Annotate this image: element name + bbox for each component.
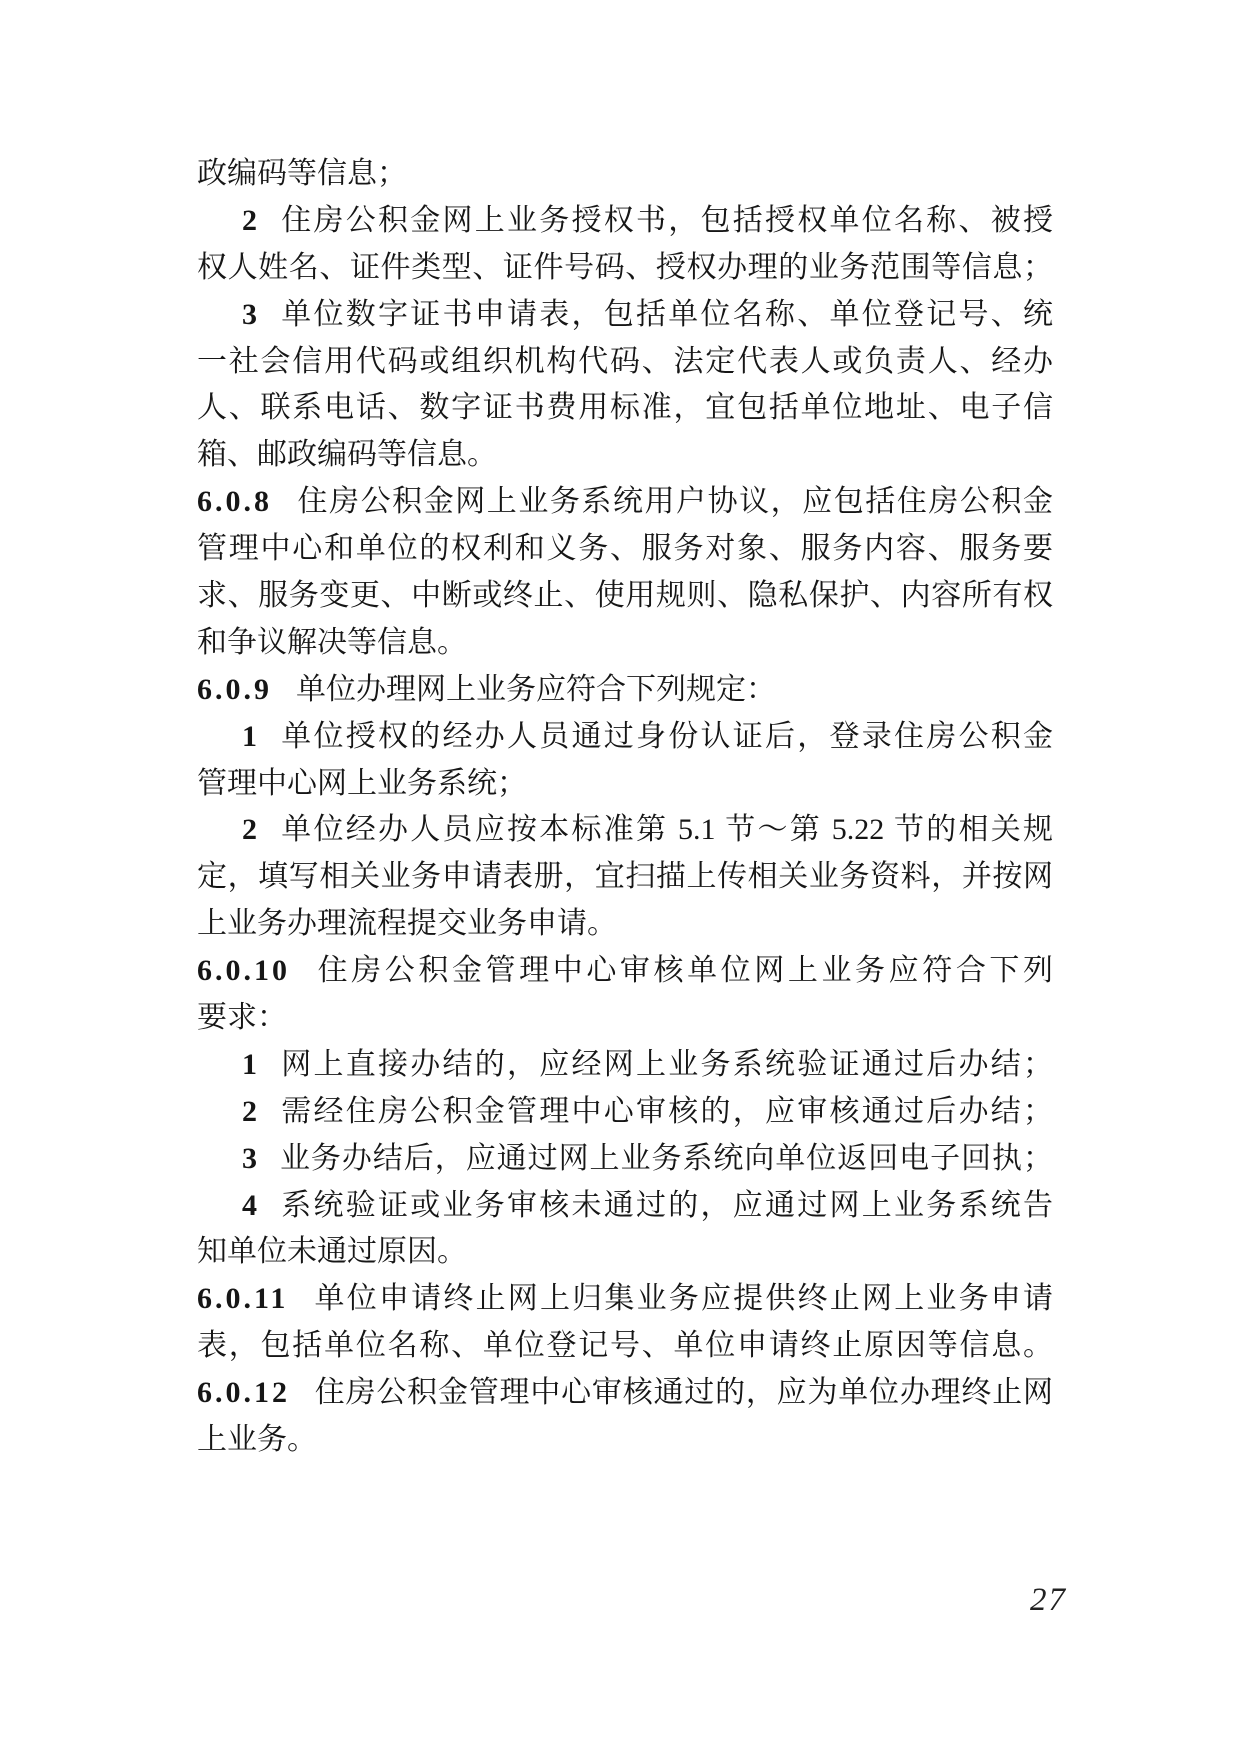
text-line: 1单位授权的经办人员通过身份认证后，登录住房公积金 — [197, 714, 1053, 761]
line-text: 单位授权的经办人员通过身份认证后，登录住房公积金 — [279, 720, 1053, 753]
text-line: 知单位未通过原因。 — [197, 1229, 1053, 1276]
line-text: 求、服务变更、中断或终止、使用规则、隐私保护、内容所有权 — [197, 579, 1053, 612]
line-text: 管理中心和单位的权利和义务、服务对象、服务内容、服务要 — [197, 532, 1053, 565]
item-number: 1 — [242, 720, 257, 753]
line-text: 上业务。 — [197, 1423, 317, 1456]
item-number: 3 — [242, 1142, 257, 1175]
text-line: 和争议解决等信息。 — [197, 620, 1053, 667]
line-text: 住房公积金管理中心审核通过的，应为单位办理终止网 — [314, 1376, 1053, 1409]
clause-number: 6.0.10 — [197, 954, 290, 987]
item-number: 1 — [242, 1048, 257, 1081]
text-line: 人、联系电话、数字证书费用标准，宜包括单位地址、电子信 — [197, 385, 1053, 432]
page-number: 27 — [1030, 1582, 1067, 1619]
clause-number: 6.0.9 — [197, 673, 272, 706]
text-line: 政编码等信息； — [197, 151, 1053, 198]
section-line: 6.0.11单位申请终止网上归集业务应提供终止网上业务申请 — [197, 1276, 1053, 1323]
line-text: 住房公积金网上业务系统用户协议，应包括住房公积金 — [296, 485, 1053, 518]
text-line: 3业务办结后，应通过网上业务系统向单位返回电子回执； — [197, 1136, 1053, 1183]
clause-number: 6.0.8 — [197, 485, 272, 518]
line-text: 需经住房公积金管理中心审核的，应审核通过后办结； — [279, 1095, 1053, 1128]
line-text: 住房公积金网上业务授权书，包括授权单位名称、被授 — [279, 204, 1053, 237]
text-line: 要求： — [197, 995, 1053, 1042]
line-text: 网上直接办结的，应经网上业务系统验证通过后办结； — [279, 1048, 1053, 1081]
text-lines: 政编码等信息；2住房公积金网上业务授权书，包括授权单位名称、被授权人姓名、证件类… — [197, 151, 1053, 1464]
text-line: 管理中心网上业务系统； — [197, 761, 1053, 808]
line-text: 知单位未通过原因。 — [197, 1235, 467, 1268]
line-text: 一社会信用代码或组织机构代码、法定代表人或负责人、经办 — [197, 345, 1053, 378]
line-text: 单位经办人员应按本标准第 5.1 节～第 5.22 节的相关规 — [279, 813, 1053, 846]
item-number: 4 — [242, 1189, 257, 1222]
text-line: 一社会信用代码或组织机构代码、法定代表人或负责人、经办 — [197, 339, 1053, 386]
text-line: 表，包括单位名称、单位登记号、单位申请终止原因等信息。 — [197, 1323, 1053, 1370]
line-text: 政编码等信息； — [197, 157, 407, 190]
line-text: 管理中心网上业务系统； — [197, 767, 527, 800]
line-text: 住房公积金管理中心审核单位网上业务应符合下列 — [314, 954, 1053, 987]
line-text: 箱、邮政编码等信息。 — [197, 438, 497, 471]
item-number: 2 — [242, 204, 257, 237]
section-line: 6.0.8住房公积金网上业务系统用户协议，应包括住房公积金 — [197, 479, 1053, 526]
item-number: 2 — [242, 813, 257, 846]
line-text: 单位申请终止网上归集业务应提供终止网上业务申请 — [312, 1282, 1053, 1315]
clause-number: 6.0.12 — [197, 1376, 290, 1409]
text-line: 2需经住房公积金管理中心审核的，应审核通过后办结； — [197, 1089, 1053, 1136]
text-line: 管理中心和单位的权利和义务、服务对象、服务内容、服务要 — [197, 526, 1053, 573]
section-line: 6.0.12住房公积金管理中心审核通过的，应为单位办理终止网 — [197, 1370, 1053, 1417]
text-line: 1网上直接办结的，应经网上业务系统验证通过后办结； — [197, 1042, 1053, 1089]
line-text: 权人姓名、证件类型、证件号码、授权办理的业务范围等信息； — [197, 251, 1053, 284]
text-line: 2住房公积金网上业务授权书，包括授权单位名称、被授 — [197, 198, 1053, 245]
line-text: 要求： — [197, 1001, 287, 1034]
line-text: 业务办结后，应通过网上业务系统向单位返回电子回执； — [279, 1142, 1053, 1175]
document-body: 政编码等信息；2住房公积金网上业务授权书，包括授权单位名称、被授权人姓名、证件类… — [197, 151, 1053, 1464]
text-line: 上业务。 — [197, 1417, 1053, 1464]
document-page: 政编码等信息；2住房公积金网上业务授权书，包括授权单位名称、被授权人姓名、证件类… — [0, 0, 1240, 1738]
text-line: 2单位经办人员应按本标准第 5.1 节～第 5.22 节的相关规 — [197, 807, 1053, 854]
item-number: 3 — [242, 298, 257, 331]
text-line: 3单位数字证书申请表，包括单位名称、单位登记号、统 — [197, 292, 1053, 339]
line-text: 表，包括单位名称、单位登记号、单位申请终止原因等信息。 — [197, 1329, 1053, 1362]
line-text: 上业务办理流程提交业务申请。 — [197, 907, 617, 940]
line-text: 定，填写相关业务申请表册，宜扫描上传相关业务资料，并按网 — [197, 860, 1053, 893]
section-line: 6.0.10住房公积金管理中心审核单位网上业务应符合下列 — [197, 948, 1053, 995]
line-text: 人、联系电话、数字证书费用标准，宜包括单位地址、电子信 — [197, 391, 1053, 424]
line-text: 单位数字证书申请表，包括单位名称、单位登记号、统 — [279, 298, 1053, 331]
text-line: 4系统验证或业务审核未通过的，应通过网上业务系统告 — [197, 1183, 1053, 1230]
section-line: 6.0.9单位办理网上业务应符合下列规定： — [197, 667, 1053, 714]
text-line: 求、服务变更、中断或终止、使用规则、隐私保护、内容所有权 — [197, 573, 1053, 620]
text-line: 上业务办理流程提交业务申请。 — [197, 901, 1053, 948]
text-line: 定，填写相关业务申请表册，宜扫描上传相关业务资料，并按网 — [197, 854, 1053, 901]
text-line: 箱、邮政编码等信息。 — [197, 432, 1053, 479]
line-text: 和争议解决等信息。 — [197, 626, 467, 659]
text-line: 权人姓名、证件类型、证件号码、授权办理的业务范围等信息； — [197, 245, 1053, 292]
clause-number: 6.0.11 — [197, 1282, 288, 1315]
line-text: 单位办理网上业务应符合下列规定： — [296, 673, 776, 706]
item-number: 2 — [242, 1095, 257, 1128]
line-text: 系统验证或业务审核未通过的，应通过网上业务系统告 — [279, 1189, 1053, 1222]
